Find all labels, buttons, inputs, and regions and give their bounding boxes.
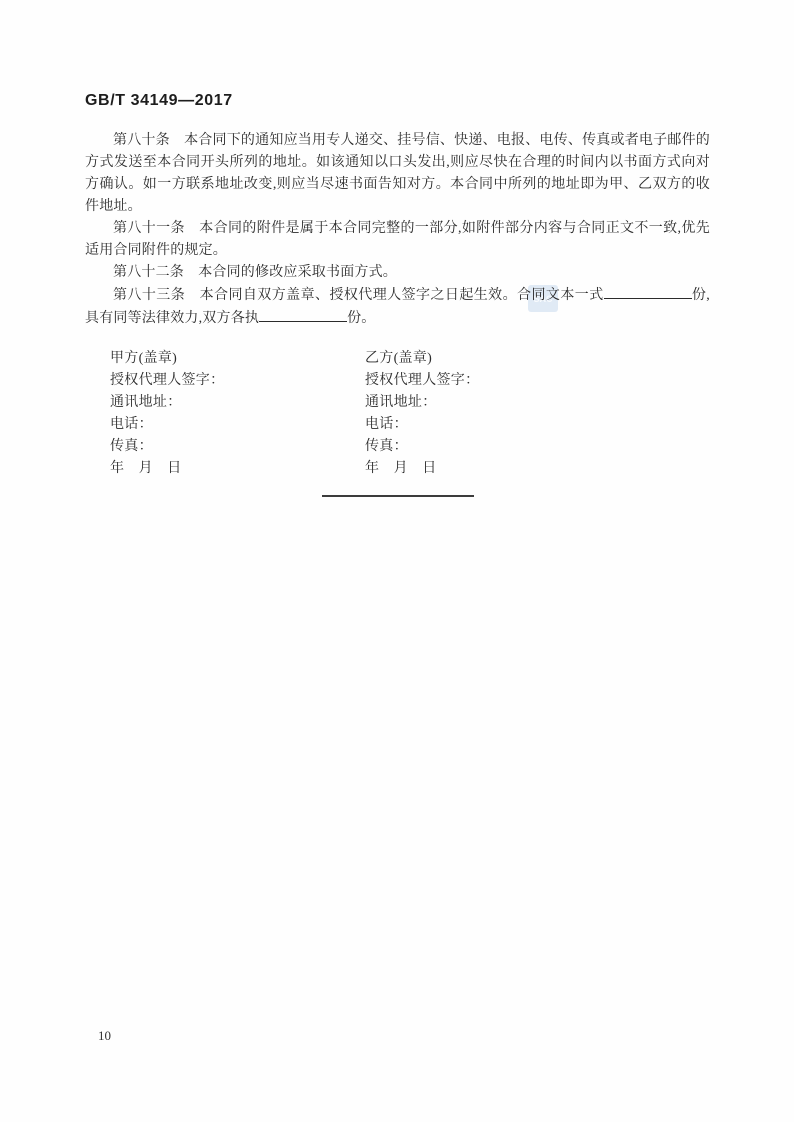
article-81-paragraph: 第八十一条 本合同的附件是属于本合同完整的一部分,如附件部分内容与合同正文不一致… (85, 218, 710, 262)
party-b-phone-label: 电话： (365, 414, 479, 436)
party-b-signer-label: 授权代理人签字： (365, 370, 479, 392)
party-a-signature-column: 甲方(盖章) 授权代理人签字： 通讯地址： 电话： 传真： 年 月 日 (110, 348, 340, 480)
party-b-signature-column: 乙方(盖章) 授权代理人签字： 通讯地址： 电话： 传真： 年 月 日 (365, 348, 479, 480)
party-b-address-label: 通讯地址： (365, 392, 479, 414)
party-a-date-label: 年 月 日 (110, 458, 340, 480)
party-a-fax-label: 传真： (110, 436, 340, 458)
signature-block: 甲方(盖章) 授权代理人签字： 通讯地址： 电话： 传真： 年 月 日 乙方(盖… (85, 348, 710, 480)
article-82-paragraph: 第八十二条 本合同的修改应采取书面方式。 (85, 262, 710, 284)
fill-in-blank-underline (259, 307, 347, 322)
standard-number-header: GB/T 34149—2017 (85, 92, 233, 110)
document-body: SAC 第八十条 本合同下的通知应当用专人递交、挂号信、快递、电报、电传、传真或… (85, 130, 710, 497)
party-a-address-label: 通讯地址： (110, 392, 340, 414)
party-b-fax-label: 传真： (365, 436, 479, 458)
party-b-seal-label: 乙方(盖章) (365, 348, 479, 370)
party-a-phone-label: 电话： (110, 414, 340, 436)
party-a-seal-label: 甲方(盖章) (110, 348, 340, 370)
document-page: GB/T 34149—2017 SAC 第八十条 本合同下的通知应当用专人递交、… (0, 0, 794, 1122)
party-b-date-label: 年 月 日 (365, 458, 479, 480)
fill-in-blank-underline (604, 284, 692, 299)
page-number: 10 (98, 1028, 111, 1044)
party-a-signer-label: 授权代理人签字： (110, 370, 340, 392)
article-80-paragraph: 第八十条 本合同下的通知应当用专人递交、挂号信、快递、电报、电传、传真或者电子邮… (85, 130, 710, 218)
end-of-document-rule (322, 495, 474, 497)
article-83-paragraph: 第八十三条 本合同自双方盖章、授权代理人签字之日起生效。合同文本一式份,具有同等… (85, 284, 710, 330)
